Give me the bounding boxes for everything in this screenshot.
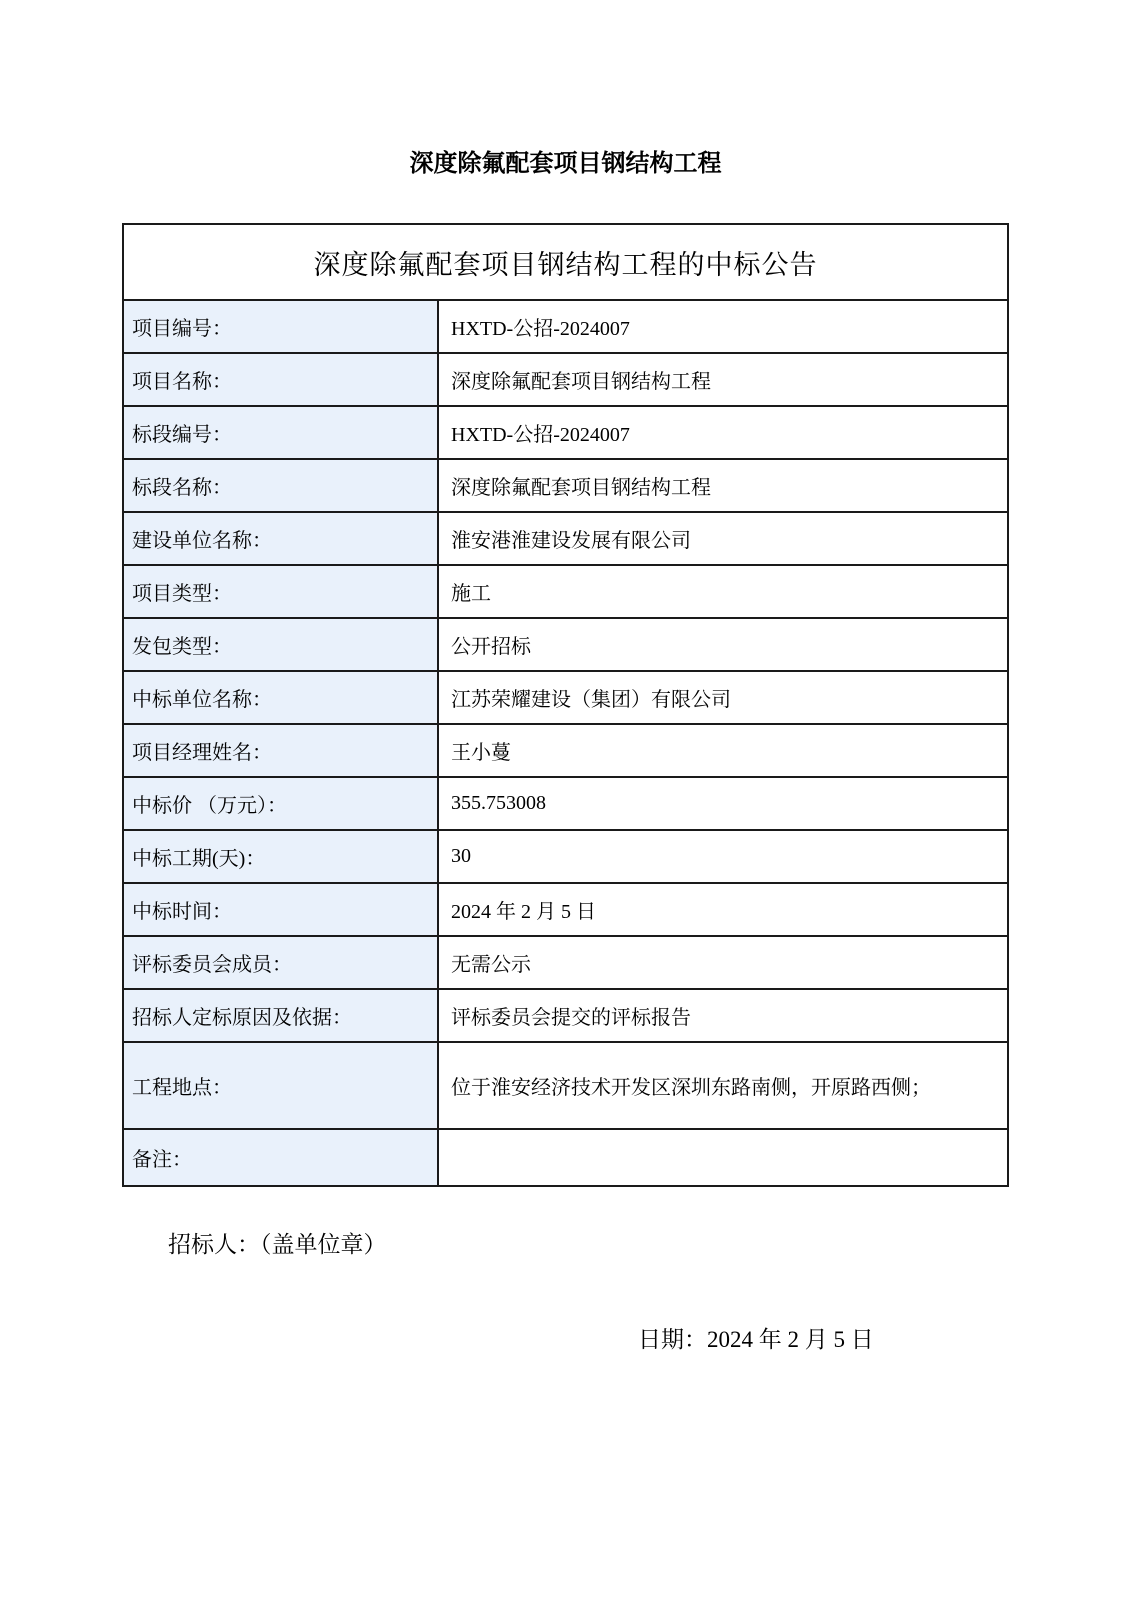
row-label: 建设单位名称： (123, 512, 438, 565)
announcement-table-body: 项目编号： HXTD-公招-2024007 项目名称： 深度除氟配套项目钢结构工… (123, 300, 1008, 1186)
row-label: 评标委员会成员： (123, 936, 438, 989)
table-row: 备注： (123, 1129, 1008, 1186)
table-row: 中标价 （万元）： 355.753008 (123, 777, 1008, 830)
table-row: 项目名称： 深度除氟配套项目钢结构工程 (123, 353, 1008, 406)
row-value: 评标委员会提交的评标报告 (438, 989, 1008, 1042)
row-value: 江苏荣耀建设（集团）有限公司 (438, 671, 1008, 724)
row-value: 淮安港淮建设发展有限公司 (438, 512, 1008, 565)
row-value: 2024 年 2 月 5 日 (438, 883, 1008, 936)
date-line: 日期：2024 年 2 月 5 日 (638, 1325, 1131, 1355)
table-title: 深度除氟配套项目钢结构工程的中标公告 (123, 224, 1008, 300)
row-label: 招标人定标原因及依据： (123, 989, 438, 1042)
row-value: 公开招标 (438, 618, 1008, 671)
table-row: 项目类型： 施工 (123, 565, 1008, 618)
row-value: 深度除氟配套项目钢结构工程 (438, 353, 1008, 406)
table-row: 招标人定标原因及依据： 评标委员会提交的评标报告 (123, 989, 1008, 1042)
table-row: 中标工期(天)： 30 (123, 830, 1008, 883)
table-row: 中标单位名称： 江苏荣耀建设（集团）有限公司 (123, 671, 1008, 724)
document-title: 深度除氟配套项目钢结构工程 (0, 148, 1131, 179)
row-label: 中标时间： (123, 883, 438, 936)
row-label: 中标工期(天)： (123, 830, 438, 883)
row-value: HXTD-公招-2024007 (438, 406, 1008, 459)
row-value: 王小蔓 (438, 724, 1008, 777)
row-label: 项目类型： (123, 565, 438, 618)
row-value: 无需公示 (438, 936, 1008, 989)
row-value: 355.753008 (438, 777, 1008, 830)
table-row: 中标时间： 2024 年 2 月 5 日 (123, 883, 1008, 936)
table-row: 标段名称： 深度除氟配套项目钢结构工程 (123, 459, 1008, 512)
tenderer-line: 招标人：（盖单位章） (168, 1230, 1131, 1260)
row-label: 项目编号： (123, 300, 438, 353)
row-label: 标段名称： (123, 459, 438, 512)
row-label: 备注： (123, 1129, 438, 1186)
row-label: 项目名称： (123, 353, 438, 406)
table-row: 项目编号： HXTD-公招-2024007 (123, 300, 1008, 353)
table-row: 建设单位名称： 淮安港淮建设发展有限公司 (123, 512, 1008, 565)
announcement-table-header: 深度除氟配套项目钢结构工程的中标公告 (123, 224, 1008, 300)
announcement-table: 深度除氟配套项目钢结构工程的中标公告 项目编号： HXTD-公招-2024007… (122, 223, 1009, 1187)
table-title-row: 深度除氟配套项目钢结构工程的中标公告 (123, 224, 1008, 300)
row-label: 中标价 （万元）： (123, 777, 438, 830)
document-page: 深度除氟配套项目钢结构工程 深度除氟配套项目钢结构工程的中标公告 项目编号： H… (0, 0, 1131, 1600)
table-row: 评标委员会成员： 无需公示 (123, 936, 1008, 989)
row-value: HXTD-公招-2024007 (438, 300, 1008, 353)
row-label: 中标单位名称： (123, 671, 438, 724)
row-value: 位于淮安经济技术开发区深圳东路南侧，开原路西侧； (438, 1042, 1008, 1129)
document-footer: 招标人：（盖单位章） 日期：2024 年 2 月 5 日 (0, 1230, 1131, 1355)
row-label: 项目经理姓名： (123, 724, 438, 777)
table-row: 项目经理姓名： 王小蔓 (123, 724, 1008, 777)
row-value: 深度除氟配套项目钢结构工程 (438, 459, 1008, 512)
row-label: 发包类型： (123, 618, 438, 671)
table-row: 工程地点： 位于淮安经济技术开发区深圳东路南侧，开原路西侧； (123, 1042, 1008, 1129)
row-value (438, 1129, 1008, 1186)
row-value: 施工 (438, 565, 1008, 618)
row-label: 工程地点： (123, 1042, 438, 1129)
row-label: 标段编号： (123, 406, 438, 459)
table-row: 发包类型： 公开招标 (123, 618, 1008, 671)
table-row: 标段编号： HXTD-公招-2024007 (123, 406, 1008, 459)
row-value: 30 (438, 830, 1008, 883)
